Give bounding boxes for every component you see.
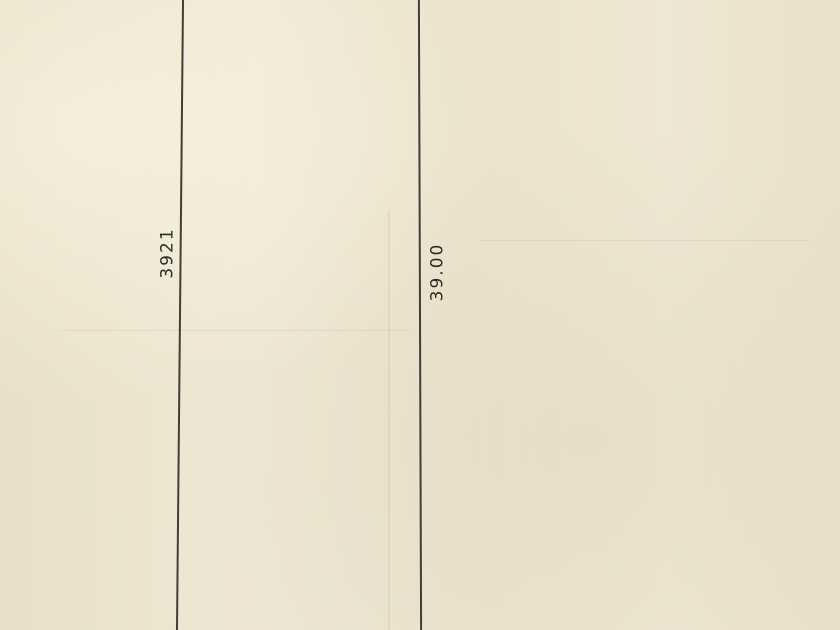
left-dimension-label: 3921 [158,227,178,278]
faint-guide-line [60,330,410,331]
faint-guide-line [388,210,390,630]
right-dimension-label: 39.00 [427,243,447,302]
faint-guide-line [480,240,810,241]
